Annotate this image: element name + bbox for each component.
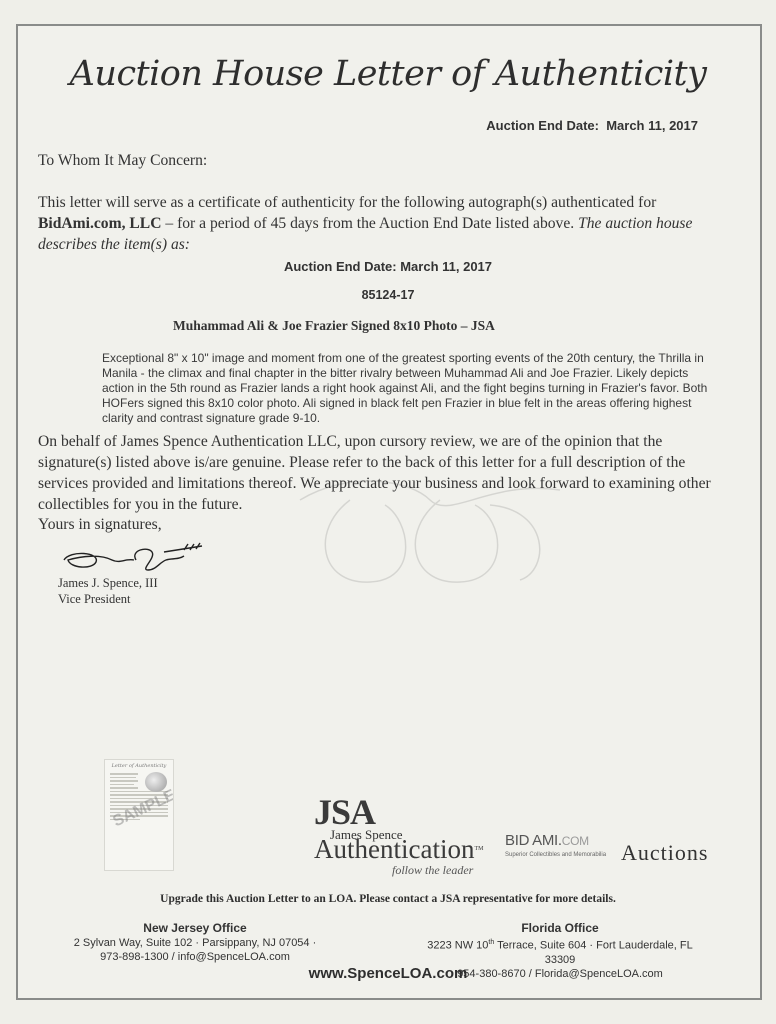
fl-office-title: Florida Office xyxy=(415,921,705,936)
item-date-line: Auction End Date: March 11, 2017 xyxy=(0,259,776,274)
company-name: BidAmi.com, LLC xyxy=(38,215,161,232)
bidami-name: BID AMI.COM xyxy=(505,832,589,849)
signer-block: James J. Spence, III Vice President xyxy=(58,575,158,607)
thumb-title: Letter of Authenticity xyxy=(105,763,173,769)
lot-number: 85124-17 xyxy=(0,288,776,302)
signature-image xyxy=(60,540,205,574)
opinion-paragraph: On behalf of James Spence Authentication… xyxy=(38,431,738,515)
bidami-auctions: Auctions xyxy=(621,840,708,866)
auction-end-date-value: March 11, 2017 xyxy=(606,118,698,133)
nj-office-title: New Jersey Office xyxy=(60,921,330,936)
nj-office-contact: 973-898-1300 / info@SpenceLOA.com xyxy=(60,950,330,964)
intro-text: This letter will serve as a certificate … xyxy=(38,194,656,211)
jsa-word: AuthenticationTM xyxy=(314,835,483,863)
auction-end-date-label: Auction End Date: xyxy=(486,118,599,133)
jsa-abbr: JSA xyxy=(314,797,375,827)
bidami-logo: BID AMI.COM Superior Collectibles and Me… xyxy=(505,832,715,872)
nj-office: New Jersey Office 2 Sylvan Way, Suite 10… xyxy=(60,921,330,964)
item-title: Muhammad Ali & Joe Frazier Signed 8x10 P… xyxy=(173,318,495,334)
sample-letter-thumbnail: Letter of Authenticity SAMPLE xyxy=(104,759,174,871)
nj-office-address: 2 Sylvan Way, Suite 102 · Parsippany, NJ… xyxy=(60,936,330,950)
intro-text-2: – for a period of 45 days from the Aucti… xyxy=(161,215,578,232)
page-title: Auction House Letter of Authenticity xyxy=(0,54,776,94)
auction-end-date-header: Auction End Date: March 11, 2017 xyxy=(486,118,698,133)
jsa-tagline: follow the leader xyxy=(392,863,473,878)
salutation: To Whom It May Concern: xyxy=(38,150,738,171)
intro-paragraph: This letter will serve as a certificate … xyxy=(38,192,738,255)
website-link[interactable]: www.SpenceLOA.com xyxy=(0,965,776,982)
upgrade-notice: Upgrade this Auction Letter to an LOA. P… xyxy=(0,893,776,905)
closing: Yours in signatures, xyxy=(38,514,738,535)
jsa-logo: JSA James Spence AuthenticationTM follow… xyxy=(296,795,476,880)
signer-title: Vice President xyxy=(58,591,158,607)
fl-office-address: 3223 NW 10th Terrace, Suite 604 · Fort L… xyxy=(415,936,705,967)
item-description: Exceptional 8" x 10" image and moment fr… xyxy=(102,351,712,426)
signer-name: James J. Spence, III xyxy=(58,575,158,591)
bidami-tagline: Superior Collectibles and Memorabilia xyxy=(505,852,606,858)
